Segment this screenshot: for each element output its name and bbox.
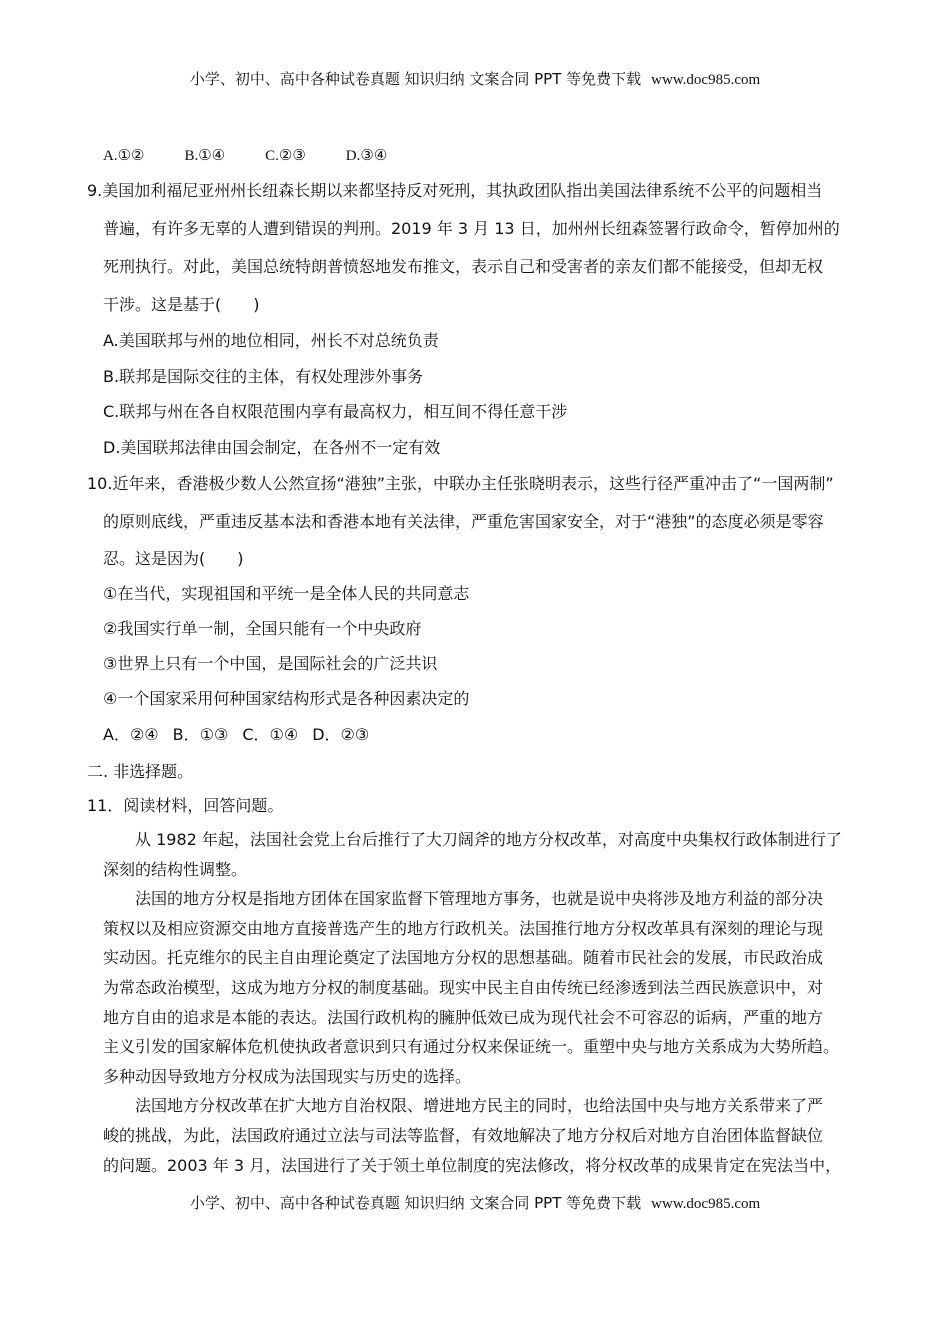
footer-url: www.doc985.com [651,1196,760,1212]
q11-line-1: 从 1982 年起，法国社会党上台后推行了大刀阔斧的地方分权改革，对高度中央集权… [103,830,842,850]
header-url: www.doc985.com [651,72,760,88]
q9-line-4: 干涉。这是基于( ) [103,295,260,315]
q11-line-3: 法国的地方分权是指地方团体在国家监督下管理地方事务，也就是说中央将涉及地方利益的… [103,889,823,909]
q9-option-a: A.美国联邦与州的地位相同，州长不对总统负责 [103,331,439,351]
q8-options: A.①②B.①④C.②③D.③④ [103,145,427,166]
q10-line-3: 忍。这是因为( ) [103,549,244,569]
q10-statement-3: ③世界上只有一个中国，是国际社会的广泛共识 [103,654,437,674]
q11-line-9: 多种动因导致地方分权成为法国现实与历史的选择。 [103,1067,471,1087]
q10-statement-4: ④一个国家采用何种国家结构形式是各种因素决定的 [103,689,469,709]
q11-line-12: 的问题。2003 年 3 月，法国进行了关于领土单位制度的宪法修改，将分权改革的… [103,1156,841,1176]
q10-line-2: 的原则底线，严重违反基本法和香港本地有关法律，严重危害国家安全，对于“港独”的态… [103,512,824,532]
q9-option-d: D.美国联邦法律由国会制定，在各州不一定有效 [103,438,440,458]
q10-options: A．②④B．①③C．①④D．②③ [103,725,383,745]
q9-option-c: C.联邦与州在各自权限范围内享有最高权力，相互间不得任意干涉 [103,402,567,422]
q11-line-2: 深刻的结构性调整。 [103,860,247,880]
q11-line-5: 实动因。托克维尔的民主自由理论奠定了法国地方分权的思想基础。随着市民社会的发展，… [103,948,823,968]
q11-line-7: 地方自由的追求是本能的表达。法国行政机构的臃肿低效已成为现代社会不可容忍的诟病，… [103,1008,823,1028]
page-footer: 小学、初中、高中各种试卷真题 知识归纳 文案合同 PPT 等免费下载www.do… [0,1192,950,1213]
q8-option-b: B.①④ [184,146,225,166]
q9-option-b: B.联邦是国际交往的主体，有权处理涉外事务 [103,367,423,387]
section-2-title: 二. 非选择题。 [87,762,193,782]
q10-option-b: B．①③ [173,725,229,745]
q9-line-1: 9.美国加利福尼亚州州长纽森长期以来都坚持反对死刑，其执政团队指出美国法律系统不… [87,181,822,201]
q8-option-d: D.③④ [346,146,387,166]
footer-text: 小学、初中、高中各种试卷真题 知识归纳 文案合同 PPT 等免费下载 [190,1194,641,1212]
q11-line-8: 主义引发的国家解体危机使执政者意识到只有通过分权来保证统一。重塑中央与地方关系成… [103,1037,839,1057]
q10-statement-1: ①在当代，实现祖国和平统一是全体人民的共同意志 [103,584,469,604]
q8-option-c: C.②③ [265,146,306,166]
q11-line-6: 为常态政治模型，这成为地方分权的制度基础。现实中民主自由传统已经渗透到法兰西民族… [103,978,823,998]
q10-statement-2: ②我国实行单一制，全国只能有一个中央政府 [103,619,421,639]
q10-option-a: A．②④ [103,725,159,745]
q11-line-4: 策权以及相应资源交由地方直接普选产生的地方行政机关。法国推行地方分权改革具有深刻… [103,919,823,939]
q10-option-c: C．①④ [242,725,298,745]
q9-line-2: 普遍，有许多无辜的人遭到错误的判刑。2019 年 3 月 13 日，加州州长纽森… [103,219,840,239]
q11-line-11: 峻的挑战，为此，法国政府通过立法与司法等监督，有效地解决了地方分权后对地方自治团… [103,1126,823,1146]
page-header: 小学、初中、高中各种试卷真题 知识归纳 文案合同 PPT 等免费下载www.do… [0,68,950,89]
q11-title: 11．阅读材料，回答问题。 [87,796,283,816]
q11-line-10: 法国地方分权改革在扩大地方自治权限、增进地方民主的同时，也给法国中央与地方关系带… [103,1096,823,1116]
q8-option-a: A.①② [103,146,144,166]
q9-line-3: 死刑执行。对此，美国总统特朗普愤怒地发布推文，表示自己和受害者的亲友们都不能接受… [103,257,823,277]
q10-option-d: D．②③ [312,725,369,745]
header-text: 小学、初中、高中各种试卷真题 知识归纳 文案合同 PPT 等免费下载 [190,70,641,88]
q10-line-1: 10.近年来，香港极少数人公然宣扬“港独”主张，中联办主任张晓明表示，这些行径严… [87,474,834,494]
